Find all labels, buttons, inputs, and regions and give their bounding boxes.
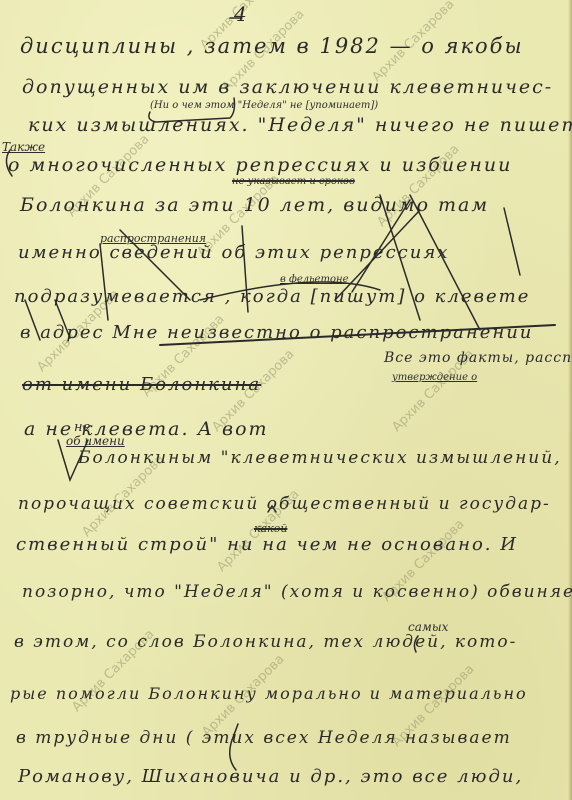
manuscript-page: Архив Сахарова Архив Сахарова Архив Саха… xyxy=(0,0,572,800)
correction-marks xyxy=(0,0,572,800)
